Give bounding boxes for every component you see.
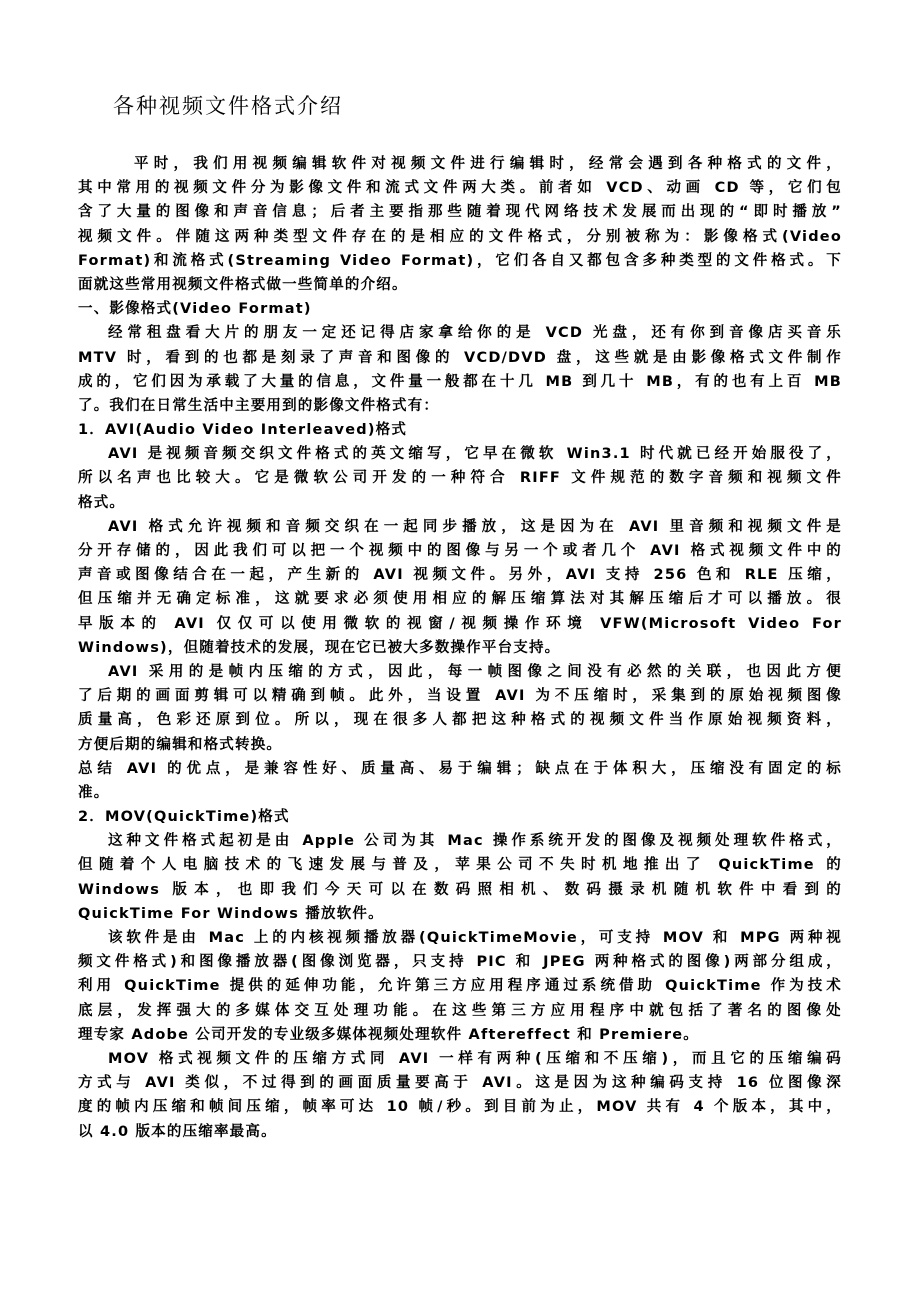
- document-title: 各种视频文件格式介绍: [113, 90, 343, 120]
- text-line: 所以名声也比较大。它是微软公司开发的一种符合 RIFF 文件规范的数字音频和视频…: [78, 466, 842, 490]
- text-line: 方式与 AVI 类似，不过得到的画面质量要高于 AVI。这是因为这种编码支持 1…: [78, 1071, 842, 1095]
- text-line: AVI 是视频音频交织文件格式的英文缩写，它早在微软 Win3.1 时代就已经开…: [78, 442, 842, 466]
- text-line: 成的，它们因为承载了大量的信息，文件量一般都在十几 MB 到几十 MB，有的也有…: [78, 370, 842, 394]
- document-page: 各种视频文件格式介绍 平时，我们用视频编辑软件对视频文件进行编辑时，经常会遇到各…: [0, 0, 920, 1302]
- text-line: AVI 格式允许视频和音频交织在一起同步播放，这是因为在 AVI 里音频和视频文…: [78, 515, 842, 539]
- text-line: 了。我们在日常生活中主要用到的影像文件格式有：: [78, 394, 842, 418]
- text-line: 但随着个人电脑技术的飞速发展与普及，苹果公司不失时机地推出了 QuickTime…: [78, 853, 842, 877]
- text-line: MTV 时，看到的也都是刻录了声音和图像的 VCD/DVD 盘，这些就是由影像格…: [78, 346, 842, 370]
- text-line: 含了大量的图像和声音信息；后者主要指那些随着现代网络技术发展而出现的“即时播放”: [78, 200, 842, 224]
- text-line: 面就这些常用视频文件格式做一些简单的介绍。: [78, 273, 842, 297]
- text-line: 2．MOV(QuickTime)格式: [78, 805, 842, 829]
- text-line: Windows 版本，也即我们今天可以在数码照相机、数码摄录机随机软件中看到的: [78, 878, 842, 902]
- text-line: Windows)，但随着技术的发展，现在它已被大多数操作平台支持。: [78, 636, 842, 660]
- text-line: 但压缩并无确定标准，这就要求必须使用相应的解压缩算法对其解压缩后才可以播放。很: [78, 587, 842, 611]
- text-line: 质量高，色彩还原到位。所以，现在很多人都把这种格式的视频文件当作原始视频资料，: [78, 708, 842, 732]
- text-line: QuickTime For Windows 播放软件。: [78, 902, 842, 926]
- text-line: 早版本的 AVI 仅仅可以使用微软的视窗/视频操作环境 VFW(Microsof…: [78, 612, 842, 636]
- text-line: 准。: [78, 781, 842, 805]
- text-line: 总结 AVI 的优点，是兼容性好、质量高、易于编辑；缺点在于体积大，压缩没有固定…: [78, 757, 842, 781]
- text-line: 分开存储的，因此我们可以把一个视频中的图像与另一个或者几个 AVI 格式视频文件…: [78, 539, 842, 563]
- text-line: Format)和流格式(Streaming Video Format)，它们各自…: [78, 249, 842, 273]
- text-line: 一、影像格式(Video Format): [78, 297, 842, 321]
- text-line: 频文件格式)和图像播放器(图像浏览器，只支持 PIC 和 JPEG 两种格式的图…: [78, 950, 842, 974]
- text-line: 利用 QuickTime 提供的延伸功能，允许第三方应用程序通过系统借助 Qui…: [78, 974, 842, 998]
- text-line: 声音或图像结合在一起，产生新的 AVI 视频文件。另外，AVI 支持 256 色…: [78, 563, 842, 587]
- text-line: 视频文件。伴随这两种类型文件存在的是相应的文件格式，分别被称为：影像格式(Vid…: [78, 225, 842, 249]
- text-line: 理专家 Adobe 公司开发的专业级多媒体视频处理软件 Aftereffect …: [78, 1023, 842, 1047]
- text-line: 其中常用的视频文件分为影像文件和流式文件两大类。前者如 VCD、动画 CD 等，…: [78, 176, 842, 200]
- document-body: 平时，我们用视频编辑软件对视频文件进行编辑时，经常会遇到各种格式的文件，其中常用…: [78, 152, 842, 1144]
- text-line: 1．AVI(Audio Video Interleaved)格式: [78, 418, 842, 442]
- text-line: 度的帧内压缩和帧间压缩，帧率可达 10 帧/秒。到目前为止，MOV 共有 4 个…: [78, 1095, 842, 1119]
- text-line: 格式。: [78, 491, 842, 515]
- text-line: 方便后期的编辑和格式转换。: [78, 733, 842, 757]
- text-line: 底层，发挥强大的多媒体交互处理功能。在这些第三方应用程序中就包括了著名的图像处: [78, 999, 842, 1023]
- text-line: 以 4.0 版本的压缩率最高。: [78, 1120, 842, 1144]
- text-line: 这种文件格式起初是由 Apple 公司为其 Mac 操作系统开发的图像及视频处理…: [78, 829, 842, 853]
- text-line: 了后期的画面剪辑可以精确到帧。此外，当设置 AVI 为不压缩时，采集到的原始视频…: [78, 684, 842, 708]
- text-line: 该软件是由 Mac 上的内核视频播放器(QuickTimeMovie，可支持 M…: [78, 926, 842, 950]
- text-line: 经常租盘看大片的朋友一定还记得店家拿给你的是 VCD 光盘，还有你到音像店买音乐: [78, 321, 842, 345]
- text-line: 平时，我们用视频编辑软件对视频文件进行编辑时，经常会遇到各种格式的文件，: [78, 152, 842, 176]
- text-line: AVI 采用的是帧内压缩的方式，因此，每一帧图像之间没有必然的关联，也因此方便: [78, 660, 842, 684]
- text-line: MOV 格式视频文件的压缩方式同 AVI 一样有两种(压缩和不压缩)，而且它的压…: [78, 1047, 842, 1071]
